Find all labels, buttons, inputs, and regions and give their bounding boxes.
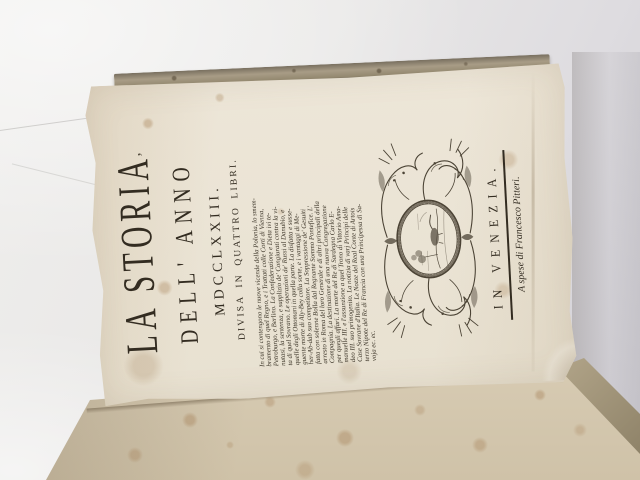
landscape-scene bbox=[408, 208, 448, 271]
imprint-place: IN VENEZIA. bbox=[483, 161, 504, 309]
oval-medallion bbox=[395, 199, 462, 279]
photo-of-antique-book: LA STORIA DELL' ANNO MDCCLXXIII. DIVISA … bbox=[0, 0, 640, 480]
stray-ink-mark: ’ bbox=[136, 151, 153, 157]
ornament-vignette-icon bbox=[371, 137, 485, 340]
division-line: DIVISA IN QUATTRO LIBRI. bbox=[229, 158, 248, 340]
imprint-publisher: A spese di Francesco Pitteri. bbox=[511, 176, 527, 292]
book-title: LA STORIA bbox=[110, 153, 165, 355]
foliate-frame bbox=[376, 138, 479, 341]
roman-year: MDCCLXXIII. bbox=[208, 184, 229, 316]
contents-summary: In cui si contengono le nuove vicende de… bbox=[246, 123, 377, 367]
book-subtitle: DELL' ANNO bbox=[168, 159, 203, 344]
title-page-content: LA STORIA DELL' ANNO MDCCLXXIII. DIVISA … bbox=[87, 69, 544, 422]
